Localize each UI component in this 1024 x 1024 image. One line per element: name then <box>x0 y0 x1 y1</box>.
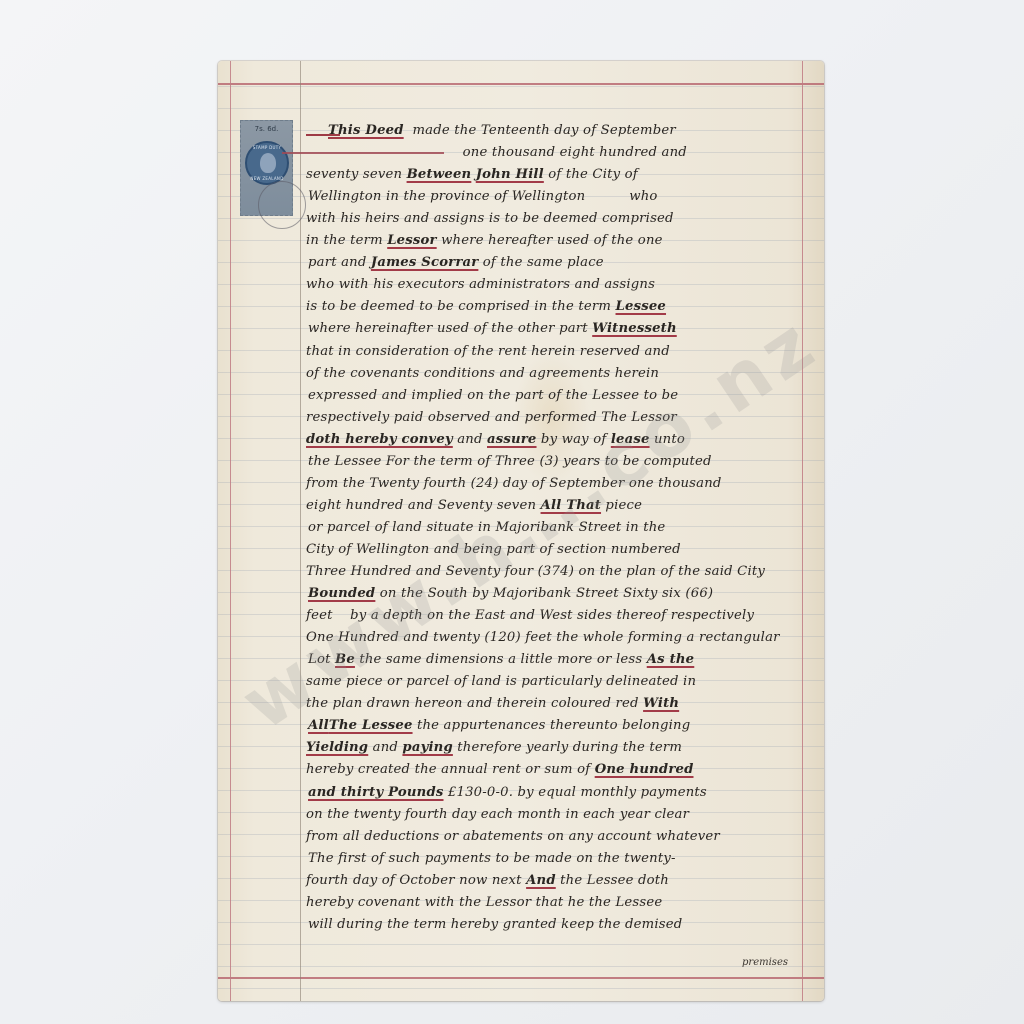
underlined-term: Witnesseth <box>592 321 677 336</box>
underlined-term: All That <box>541 498 601 513</box>
line-text: City of Wellington and being part of sec… <box>306 542 681 557</box>
line-text: from the Twenty fourth (24) day of Septe… <box>306 476 722 491</box>
line-text: therefore yearly during the term <box>453 740 682 755</box>
underlined-term: All <box>308 718 329 733</box>
underlined-term: assure <box>487 432 537 447</box>
top-red-rule <box>218 83 824 85</box>
underlined-term: This Deed <box>328 123 404 138</box>
line-text: unto <box>650 432 685 447</box>
deed-line: Wellington in the province of Wellington… <box>308 189 658 204</box>
deed-line: on the twenty fourth day each month in e… <box>306 807 689 822</box>
line-text: Lot <box>308 652 335 667</box>
underlined-term: Lessor <box>387 233 436 248</box>
line-text: eight hundred and Seventy seven <box>306 498 541 513</box>
line-text: with his heirs and assigns is to be deem… <box>306 211 674 226</box>
line-text: hereby created the annual rent or sum of <box>306 762 595 777</box>
line-text: the same dimensions a little more or les… <box>355 652 647 667</box>
catchword: premises <box>742 957 788 968</box>
deed-line: will during the term hereby granted keep… <box>308 917 682 932</box>
line-text: Three Hundred and Seventy four (374) on … <box>306 564 765 579</box>
underlined-term: doth hereby convey <box>306 432 453 447</box>
line-text: the Lessee For the term of Three (3) yea… <box>308 454 712 469</box>
line-text: The first of such payments to be made on… <box>308 851 676 866</box>
deed-line: from the Twenty fourth (24) day of Septe… <box>306 476 722 491</box>
deed-line: expressed and implied on the part of the… <box>308 388 678 403</box>
stamp-portrait-oval: STAMP DUTY NEW ZEALAND <box>245 141 289 185</box>
underlined-term: The Lessee <box>329 718 413 733</box>
deed-document: 7s. 6d. STAMP DUTY NEW ZEALAND This Deed… <box>218 61 824 1001</box>
line-text: of the City of <box>544 167 638 182</box>
underlined-term: Between <box>407 167 472 182</box>
underlined-term: James Scorrar <box>371 255 478 270</box>
deed-line: hereby created the annual rent or sum of… <box>306 762 694 777</box>
line-text: the Lessee doth <box>556 873 669 888</box>
deed-line: in the term Lessor where hereafter used … <box>306 233 663 248</box>
line-text: or parcel of land situate in Majoribank … <box>308 520 665 535</box>
deed-line: Bounded on the South by Majoribank Stree… <box>308 586 713 601</box>
line-text: of the covenants conditions and agreemen… <box>306 366 659 381</box>
deed-line: The first of such payments to be made on… <box>308 851 676 866</box>
underlined-term: and thirty Pounds <box>308 785 444 800</box>
line-text: is to be deemed to be comprised in the t… <box>306 299 616 314</box>
deed-line: same piece or parcel of land is particul… <box>306 674 696 689</box>
line-text: that in consideration of the rent herein… <box>306 344 670 359</box>
line-text: from all deductions or abatements on any… <box>306 829 720 844</box>
line-text: part and <box>308 255 371 270</box>
stamp-ring-top: STAMP DUTY <box>247 145 287 150</box>
deed-line: AllThe Lessee the appurtenances thereunt… <box>308 718 695 733</box>
line-text: seventy seven <box>306 167 407 182</box>
line-text: one thousand eight hundred and <box>366 145 687 160</box>
line-text: made the Tenteenth day of September <box>404 123 676 138</box>
deed-line: who with his executors administrators an… <box>306 277 655 292</box>
deed-line: of the covenants conditions and agreemen… <box>306 366 659 381</box>
underlined-term: And <box>526 873 556 888</box>
underlined-term: As the <box>647 652 695 667</box>
queen-portrait-icon <box>260 153 276 173</box>
deed-line: from all deductions or abatements on any… <box>306 829 720 844</box>
line-text: who with his executors administrators an… <box>306 277 655 292</box>
line-text: One Hundred and twenty (120) feet the wh… <box>306 630 780 645</box>
deed-line: Yielding and paying therefore yearly dur… <box>306 740 682 755</box>
line-text: expressed and implied on the part of the… <box>308 388 678 403</box>
underlined-term: Bounded <box>308 586 375 601</box>
line-text: on the twenty fourth day each month in e… <box>306 807 689 822</box>
deed-line: City of Wellington and being part of sec… <box>306 542 681 557</box>
deed-line: part and James Scorrar of the same place <box>308 255 604 270</box>
deed-line: hereby covenant with the Lessor that he … <box>306 895 662 910</box>
line-text: the plan drawn hereon and therein colour… <box>306 696 643 711</box>
line-text: piece <box>601 498 642 513</box>
deed-line: This Deed made the Tenteenth day of Sept… <box>328 123 676 138</box>
line-text: £130-0-0. by equal monthly payments <box>444 785 707 800</box>
line-text: respectively paid observed and performed… <box>306 410 677 425</box>
underlined-term: Be <box>335 652 355 667</box>
deed-line: eight hundred and Seventy seven All That… <box>306 498 642 513</box>
line-text: and <box>453 432 487 447</box>
deed-line: seventy seven Between John Hill of the C… <box>306 167 638 182</box>
deed-line: or parcel of land situate in Majoribank … <box>308 520 665 535</box>
deed-line: Three Hundred and Seventy four (374) on … <box>306 564 765 579</box>
line-text: Wellington in the province of Wellington… <box>308 189 658 204</box>
deed-line: is to be deemed to be comprised in the t… <box>306 299 666 314</box>
line-text: same piece or parcel of land is particul… <box>306 674 696 689</box>
line-text: will during the term hereby granted keep… <box>308 917 682 932</box>
deed-line: where hereinafter used of the other part… <box>308 321 677 336</box>
underlined-term: With <box>643 696 679 711</box>
line-text: on the South by Majoribank Street Sixty … <box>375 586 713 601</box>
deed-line: Lot Be the same dimensions a little more… <box>308 652 694 667</box>
stamp-denomination: 7s. 6d. <box>241 125 292 133</box>
deed-line: respectively paid observed and performed… <box>306 410 677 425</box>
line-text: of the same place <box>478 255 603 270</box>
line-text: fourth day of October now next <box>306 873 526 888</box>
deed-line: the plan drawn hereon and therein colour… <box>306 696 679 711</box>
line-text: the appurtenances thereunto belonging <box>413 718 695 733</box>
deed-line: the Lessee For the term of Three (3) yea… <box>308 454 712 469</box>
deed-line: with his heirs and assigns is to be deem… <box>306 211 674 226</box>
line-text: where hereafter used of the one <box>437 233 663 248</box>
postmark-circle <box>258 181 306 229</box>
deed-line: fourth day of October now next And the L… <box>306 873 669 888</box>
bottom-red-rule <box>218 977 824 979</box>
deed-line: One Hundred and twenty (120) feet the wh… <box>306 630 780 645</box>
underlined-term: Lessee <box>616 299 667 314</box>
underlined-term: lease <box>611 432 650 447</box>
line-text: where hereinafter used of the other part <box>308 321 592 336</box>
line-text: feet by a depth on the East and West sid… <box>306 608 754 623</box>
deed-line: feet by a depth on the East and West sid… <box>306 608 754 623</box>
deed-line: doth hereby convey and assure by way of … <box>306 432 685 447</box>
line-text: in the term <box>306 233 387 248</box>
right-red-rule <box>802 61 803 1001</box>
deed-line: and thirty Pounds £130-0-0. by equal mon… <box>308 785 707 800</box>
left-red-rule <box>230 61 231 1001</box>
line-text: by way of <box>537 432 611 447</box>
underlined-term: One hundred <box>595 762 694 777</box>
line-text: hereby covenant with the Lessor that he … <box>306 895 662 910</box>
underlined-term: John Hill <box>476 167 544 182</box>
line-text: and <box>368 740 402 755</box>
deed-line: that in consideration of the rent herein… <box>306 344 670 359</box>
underlined-term: Yielding <box>306 740 368 755</box>
underlined-term: paying <box>402 740 452 755</box>
deed-line: one thousand eight hundred and <box>366 145 687 160</box>
